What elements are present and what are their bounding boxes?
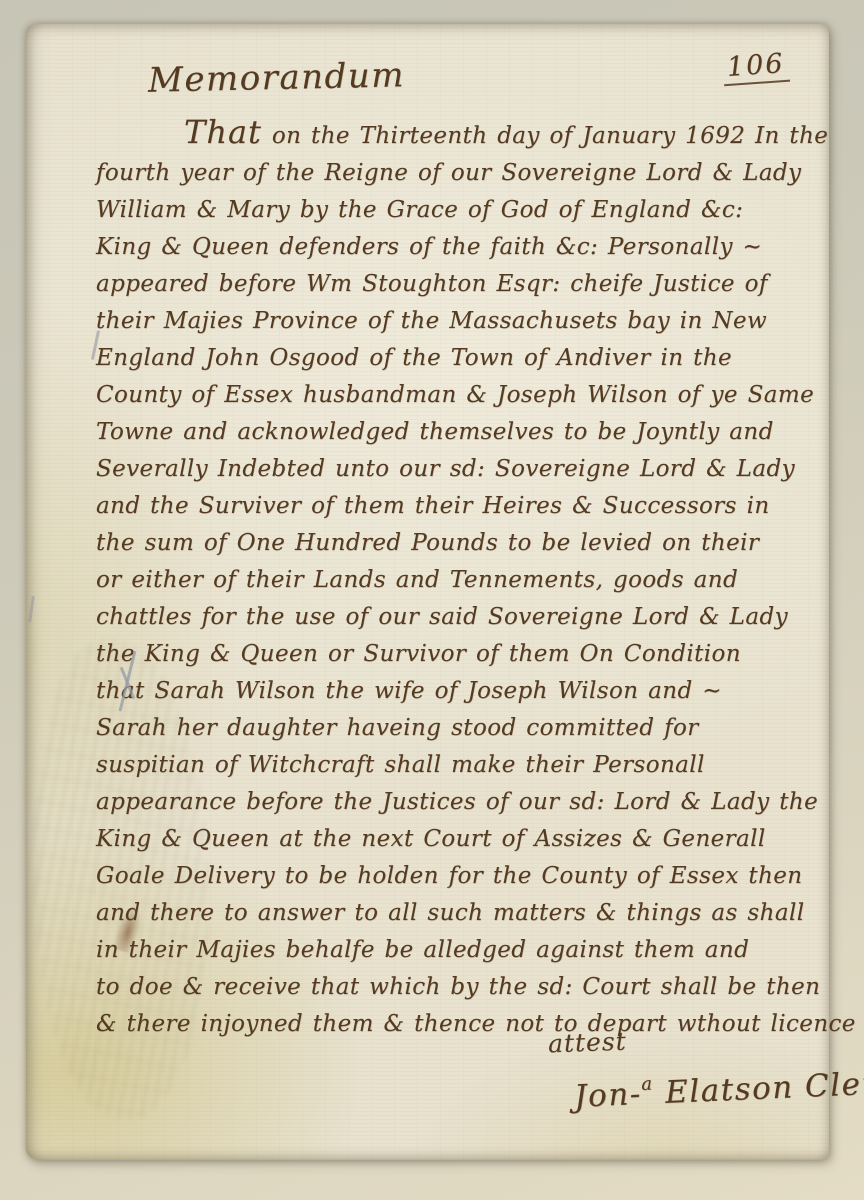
- first-line-text: on the Thirteenth day of January 1692 In…: [272, 123, 828, 149]
- manuscript-line: King & Queen defenders of the faith &c: …: [96, 229, 811, 266]
- pencil-dash-mark: [28, 596, 34, 622]
- page-title: Memorandum: [148, 55, 406, 100]
- manuscript-line: Towne and acknowledged themselves to be …: [96, 414, 811, 451]
- clerk-signature: Jon-a Elatson Cler-: [573, 1063, 864, 1115]
- manuscript-line: Sarah her daughter haveing stood committ…: [96, 710, 811, 747]
- manuscript-line: to doe & receive that which by the sd: C…: [96, 969, 811, 1006]
- manuscript-line: chattles for the use of our said Soverei…: [96, 599, 811, 636]
- manuscript-line: England John Osgood of the Town of Andiv…: [96, 340, 811, 377]
- pencil-x-mark: [110, 650, 144, 712]
- attestation-label: attest: [548, 1027, 628, 1059]
- manuscript-line: and the Surviver of them their Heires & …: [96, 488, 811, 525]
- lead-word: That: [184, 113, 272, 151]
- manuscript-line: that Sarah Wilson the wife of Joseph Wil…: [96, 673, 811, 710]
- manuscript-line: the sum of One Hundred Pounds to be levi…: [96, 525, 811, 562]
- manuscript-line: appeared before Wm Stoughton Esqr: cheif…: [96, 266, 811, 303]
- manuscript-line: fourth year of the Reigne of our Soverei…: [96, 155, 811, 192]
- manuscript-line: or either of their Lands and Tennements,…: [96, 562, 811, 599]
- manuscript-body: Thaton the Thirteenth day of January 169…: [96, 114, 811, 1043]
- manuscript-line: King & Queen at the next Court of Assize…: [96, 821, 811, 858]
- paper-sheet: Memorandum 106 Thaton the Thirteenth day…: [26, 24, 829, 1160]
- page-number: 106: [722, 48, 790, 86]
- manuscript-line: in their Majies behalfe be alledged agai…: [96, 932, 811, 969]
- manuscript-line: appearance before the Justices of our sd…: [96, 784, 811, 821]
- manuscript-line: Severally Indebted unto our sd: Sovereig…: [96, 451, 811, 488]
- manuscript-line: Thaton the Thirteenth day of January 169…: [96, 114, 811, 155]
- manuscript-line: and there to answer to all such matters …: [96, 895, 811, 932]
- manuscript-line: William & Mary by the Grace of God of En…: [96, 192, 811, 229]
- signature-prefix: Jon-: [573, 1076, 642, 1115]
- manuscript-line: County of Essex husbandman & Joseph Wils…: [96, 377, 811, 414]
- signature-rest: Elatson Cler-: [653, 1065, 864, 1111]
- manuscript-line: the King & Queen or Survivor of them On …: [96, 636, 811, 673]
- manuscript-line: & there injoyned them & thence not to de…: [96, 1006, 811, 1043]
- signature-superscript: a: [641, 1073, 654, 1095]
- manuscript-photo: Memorandum 106 Thaton the Thirteenth day…: [0, 0, 864, 1200]
- manuscript-line: Goale Delivery to be holden for the Coun…: [96, 858, 811, 895]
- manuscript-line: suspitian of Witchcraft shall make their…: [96, 747, 811, 784]
- manuscript-line: their Majies Province of the Massachuset…: [96, 303, 811, 340]
